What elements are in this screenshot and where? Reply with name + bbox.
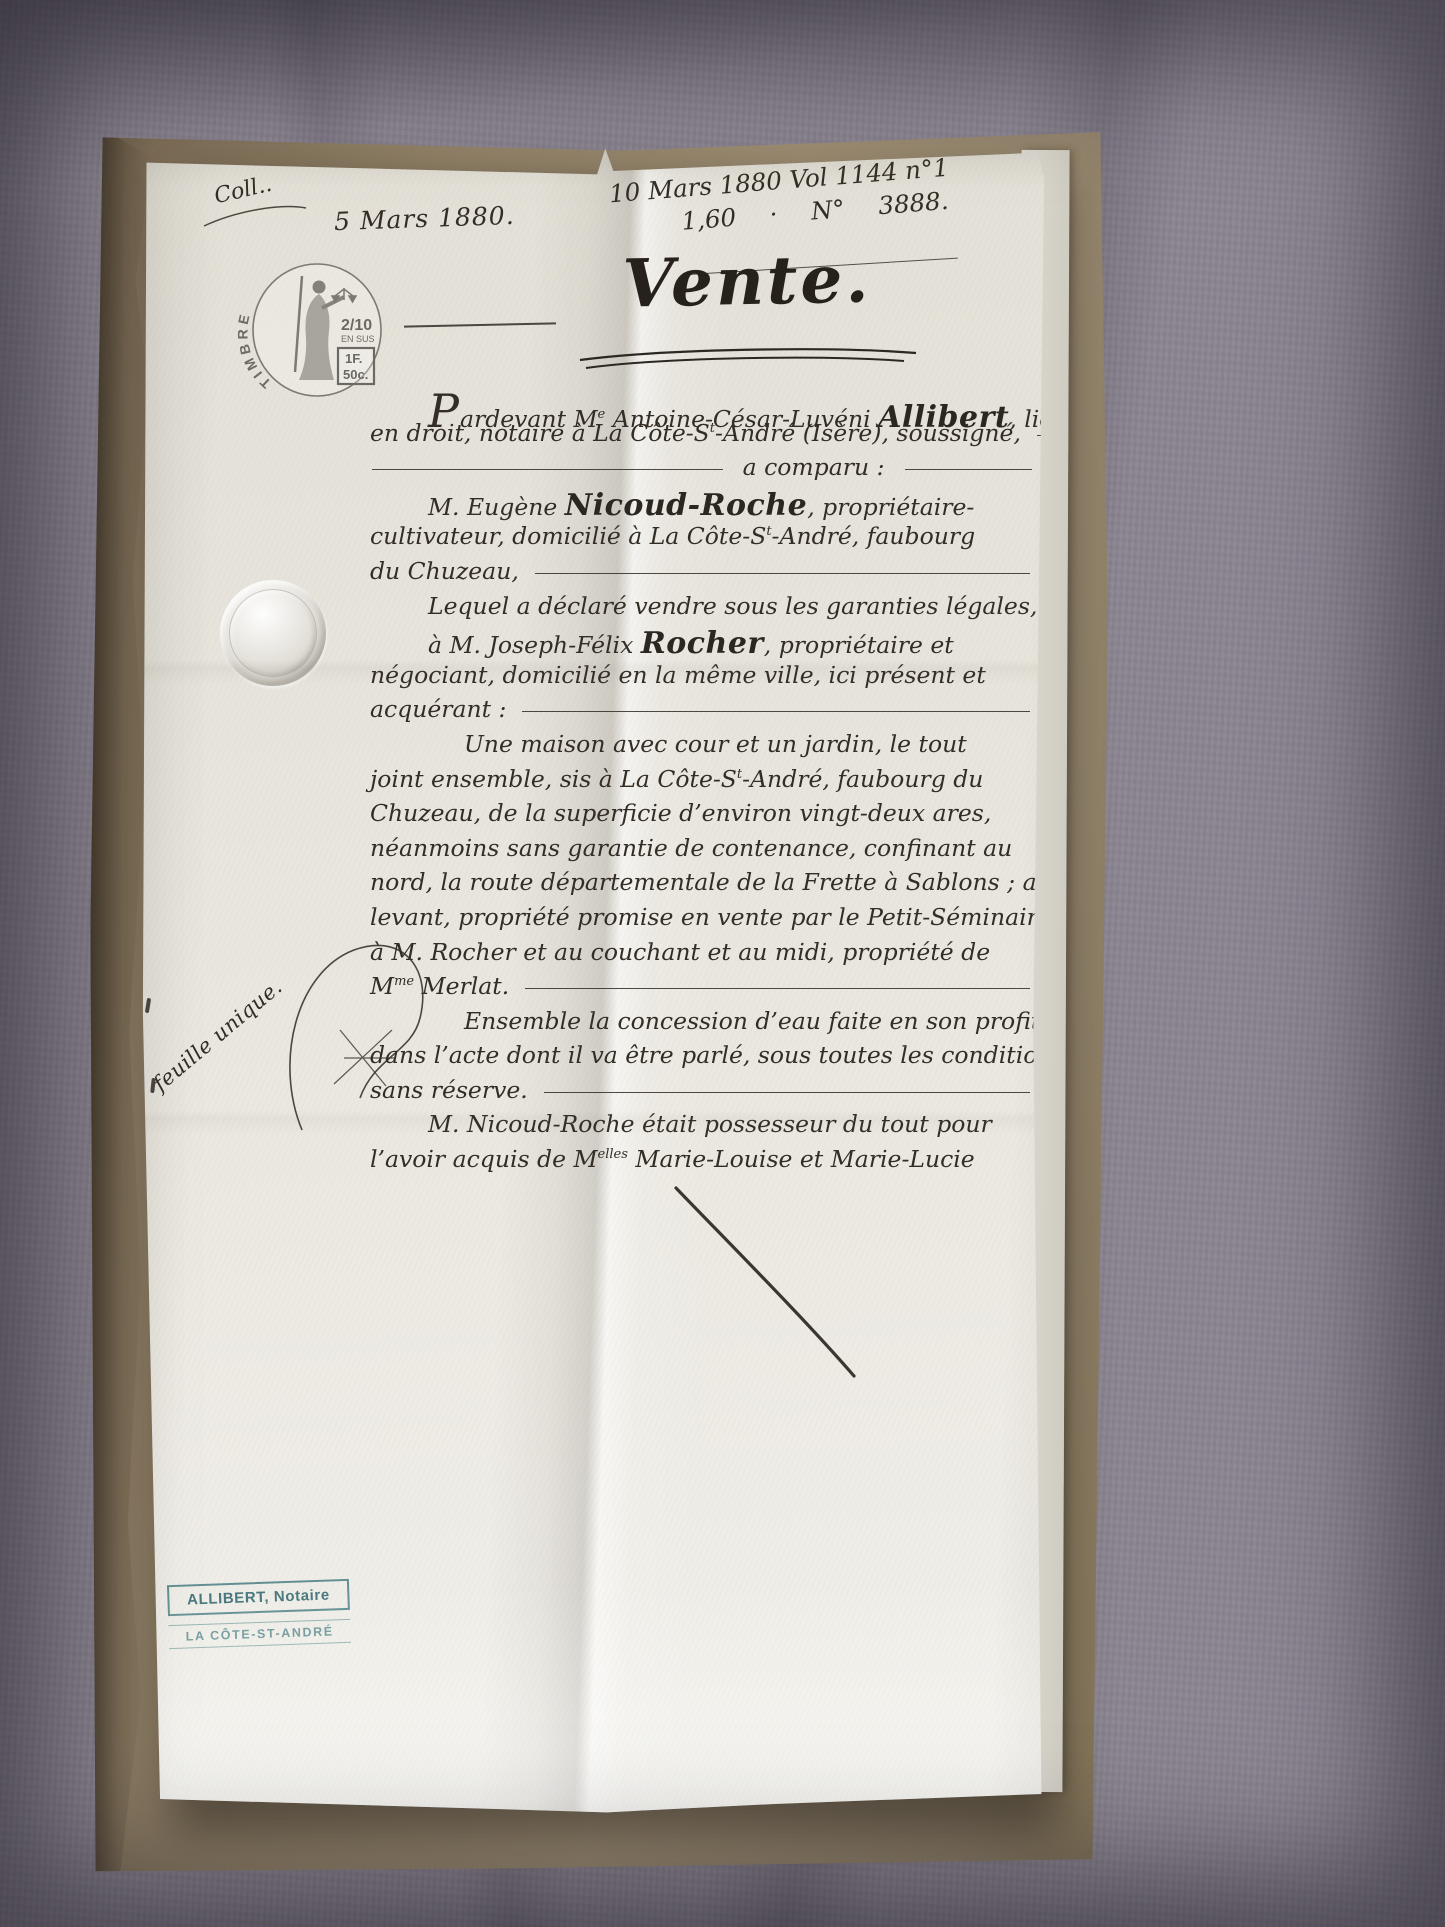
notary-stamp-name: ALLIBERT, Notaire — [167, 1579, 350, 1616]
body-text-segment: -André, faubourg — [772, 522, 976, 550]
notary-ink-stamp: ALLIBERT, Notaire LA CÔTE-ST-ANDRÉ — [167, 1579, 351, 1649]
body-text-segment: -André (Isère), soussigné, — [715, 419, 1021, 447]
body-text-segment: l’avoir acquis de M — [370, 1145, 598, 1173]
body-text-segment: M. Eugène — [428, 493, 565, 521]
body-text-segment: à M. Rocher et au couchant et au midi, p… — [370, 938, 990, 966]
body-line: levant, propriété promise en vente par l… — [370, 903, 1034, 938]
diagonal-pen-stroke — [662, 1176, 872, 1391]
body-line: M. Nicoud-Roche était possesseur du tout… — [370, 1110, 1034, 1145]
body-line: sans réserve. — [370, 1076, 1034, 1111]
body-text-segment: , propriétaire et — [764, 631, 954, 659]
body-text-segment: me — [394, 974, 414, 989]
body-line: cultivateur, domicilié à La Côte-St-Andr… — [370, 522, 1034, 557]
body-text-segment: sans réserve. — [370, 1076, 528, 1104]
ink-rule — [535, 573, 1030, 574]
body-line: néanmoins sans garantie de contenance, c… — [370, 834, 1034, 869]
binding-stitch — [145, 998, 151, 1013]
body-text-segment: Chuzeau, de la superficie d’environ ving… — [370, 799, 991, 827]
stamp-surcharge-fraction: 2/10 — [341, 317, 372, 334]
justice-figure-head — [313, 281, 326, 294]
body-text-segment: t — [710, 421, 715, 436]
binding-stitch — [150, 1078, 156, 1093]
body-line: dans l’acte dont il va être parlé, sous … — [370, 1041, 1034, 1076]
body-line: M. Eugène Nicoud-Roche, propriétaire- — [370, 488, 1034, 523]
body-text-segment: cultivateur, domicilié à La Côte-S — [370, 522, 766, 550]
body-line: joint ensemble, sis à La Côte-St-André, … — [370, 765, 1034, 800]
margin-note: feuille unique. — [149, 975, 287, 1096]
document-body: Pardevant Me Antoine-César-Luvéni Allibe… — [370, 384, 1034, 1180]
body-text-segment: à M. Joseph-Félix — [428, 631, 641, 659]
body-text-segment: Ensemble la concession d’eau faite en so… — [464, 1007, 1040, 1035]
stamp-value-francs: 1F. — [345, 351, 362, 366]
title-underline-flourish — [574, 344, 922, 374]
body-text-segment: nord, la route départementale de la Fret… — [370, 868, 1052, 896]
body-text-segment: néanmoins sans garantie de contenance, c… — [370, 834, 1012, 862]
body-text-segment: acquérant : — [370, 695, 506, 723]
body-text-segment: en droit, notaire à La Côte-S — [370, 419, 710, 447]
collation-note-flourish — [200, 200, 312, 232]
body-text-segment: levant, propriété promise en vente par l… — [370, 903, 1052, 931]
ink-rule — [905, 469, 1033, 470]
ink-rule — [372, 469, 723, 470]
body-text-segment: elles — [598, 1147, 628, 1162]
body-line: négociant, domicilié en la même ville, i… — [370, 661, 1034, 696]
body-line: Lequel a déclaré vendre sous les garanti… — [370, 592, 1034, 627]
document-title: Vente. — [481, 236, 1013, 325]
body-line: du Chuzeau, — [370, 557, 1034, 592]
body-text-segment: joint ensemble, sis à La Côte-S — [370, 765, 737, 793]
body-text-segment: Marie-Louise et Marie-Lucie — [628, 1145, 975, 1173]
stamp-value-centimes: 50c. — [343, 367, 368, 382]
body-line: Chuzeau, de la superficie d’environ ving… — [370, 799, 1034, 834]
body-line: a comparu : — [370, 453, 1034, 488]
ink-rule — [522, 711, 1030, 712]
body-line: Une maison avec cour et un jardin, le to… — [370, 730, 1034, 765]
body-line: Mme Merlat. — [370, 972, 1034, 1007]
body-text-segment: Lequel a déclaré vendre sous les garanti… — [428, 592, 1037, 620]
body-text-segment: M — [370, 972, 394, 1000]
body-text-segment: Rocher — [641, 626, 764, 661]
body-line: nord, la route départementale de la Fret… — [370, 868, 1034, 903]
body-text-segment: M. Nicoud-Roche était possesseur du tout… — [428, 1110, 992, 1138]
body-text-segment: dans l’acte dont il va être parlé, sous … — [370, 1041, 1065, 1069]
notary-stamp-place: LA CÔTE-ST-ANDRÉ — [168, 1619, 351, 1649]
body-text-segment: , propriétaire- — [807, 493, 974, 521]
body-line: Ensemble la concession d’eau faite en so… — [370, 1007, 1034, 1042]
body-line: Pardevant Me Antoine-César-Luvéni Allibe… — [370, 384, 1034, 419]
body-text-segment: -André, faubourg du — [742, 765, 983, 793]
body-line: en droit, notaire à La Côte-St-André (Is… — [370, 419, 1034, 454]
body-text-segment: Merlat. — [414, 972, 509, 1000]
body-text-segment: t — [737, 767, 742, 782]
body-text-segment: t — [766, 524, 771, 539]
body-line: à M. Rocher et au couchant et au midi, p… — [370, 938, 1034, 973]
embossed-seal — [220, 580, 326, 686]
body-line: acquérant : — [370, 695, 1034, 730]
body-text-segment: a comparu : — [743, 453, 885, 481]
body-line: l’avoir acquis de Melles Marie-Louise et… — [370, 1145, 1034, 1180]
body-text-segment: du Chuzeau, — [370, 557, 519, 585]
body-text-segment: Une maison avec cour et un jardin, le to… — [464, 730, 967, 758]
body-text-segment: Nicoud-Roche — [565, 488, 807, 523]
body-line: à M. Joseph-Félix Rocher, propriétaire e… — [370, 626, 1034, 661]
document-page: Coll.. 5 Mars 1880. 10 Mars 1880 Vol 114… — [142, 146, 1045, 1814]
ink-rule — [544, 1092, 1030, 1093]
stamp-surcharge-text: EN SUS — [341, 334, 375, 344]
date-annotation: 5 Mars 1880. — [334, 201, 516, 236]
photo-canvas: Coll.. 5 Mars 1880. 10 Mars 1880 Vol 114… — [0, 0, 1445, 1927]
ink-rule — [525, 988, 1030, 989]
body-text-segment: négociant, domicilié en la même ville, i… — [370, 661, 986, 689]
body-text-segment: e — [598, 407, 606, 422]
